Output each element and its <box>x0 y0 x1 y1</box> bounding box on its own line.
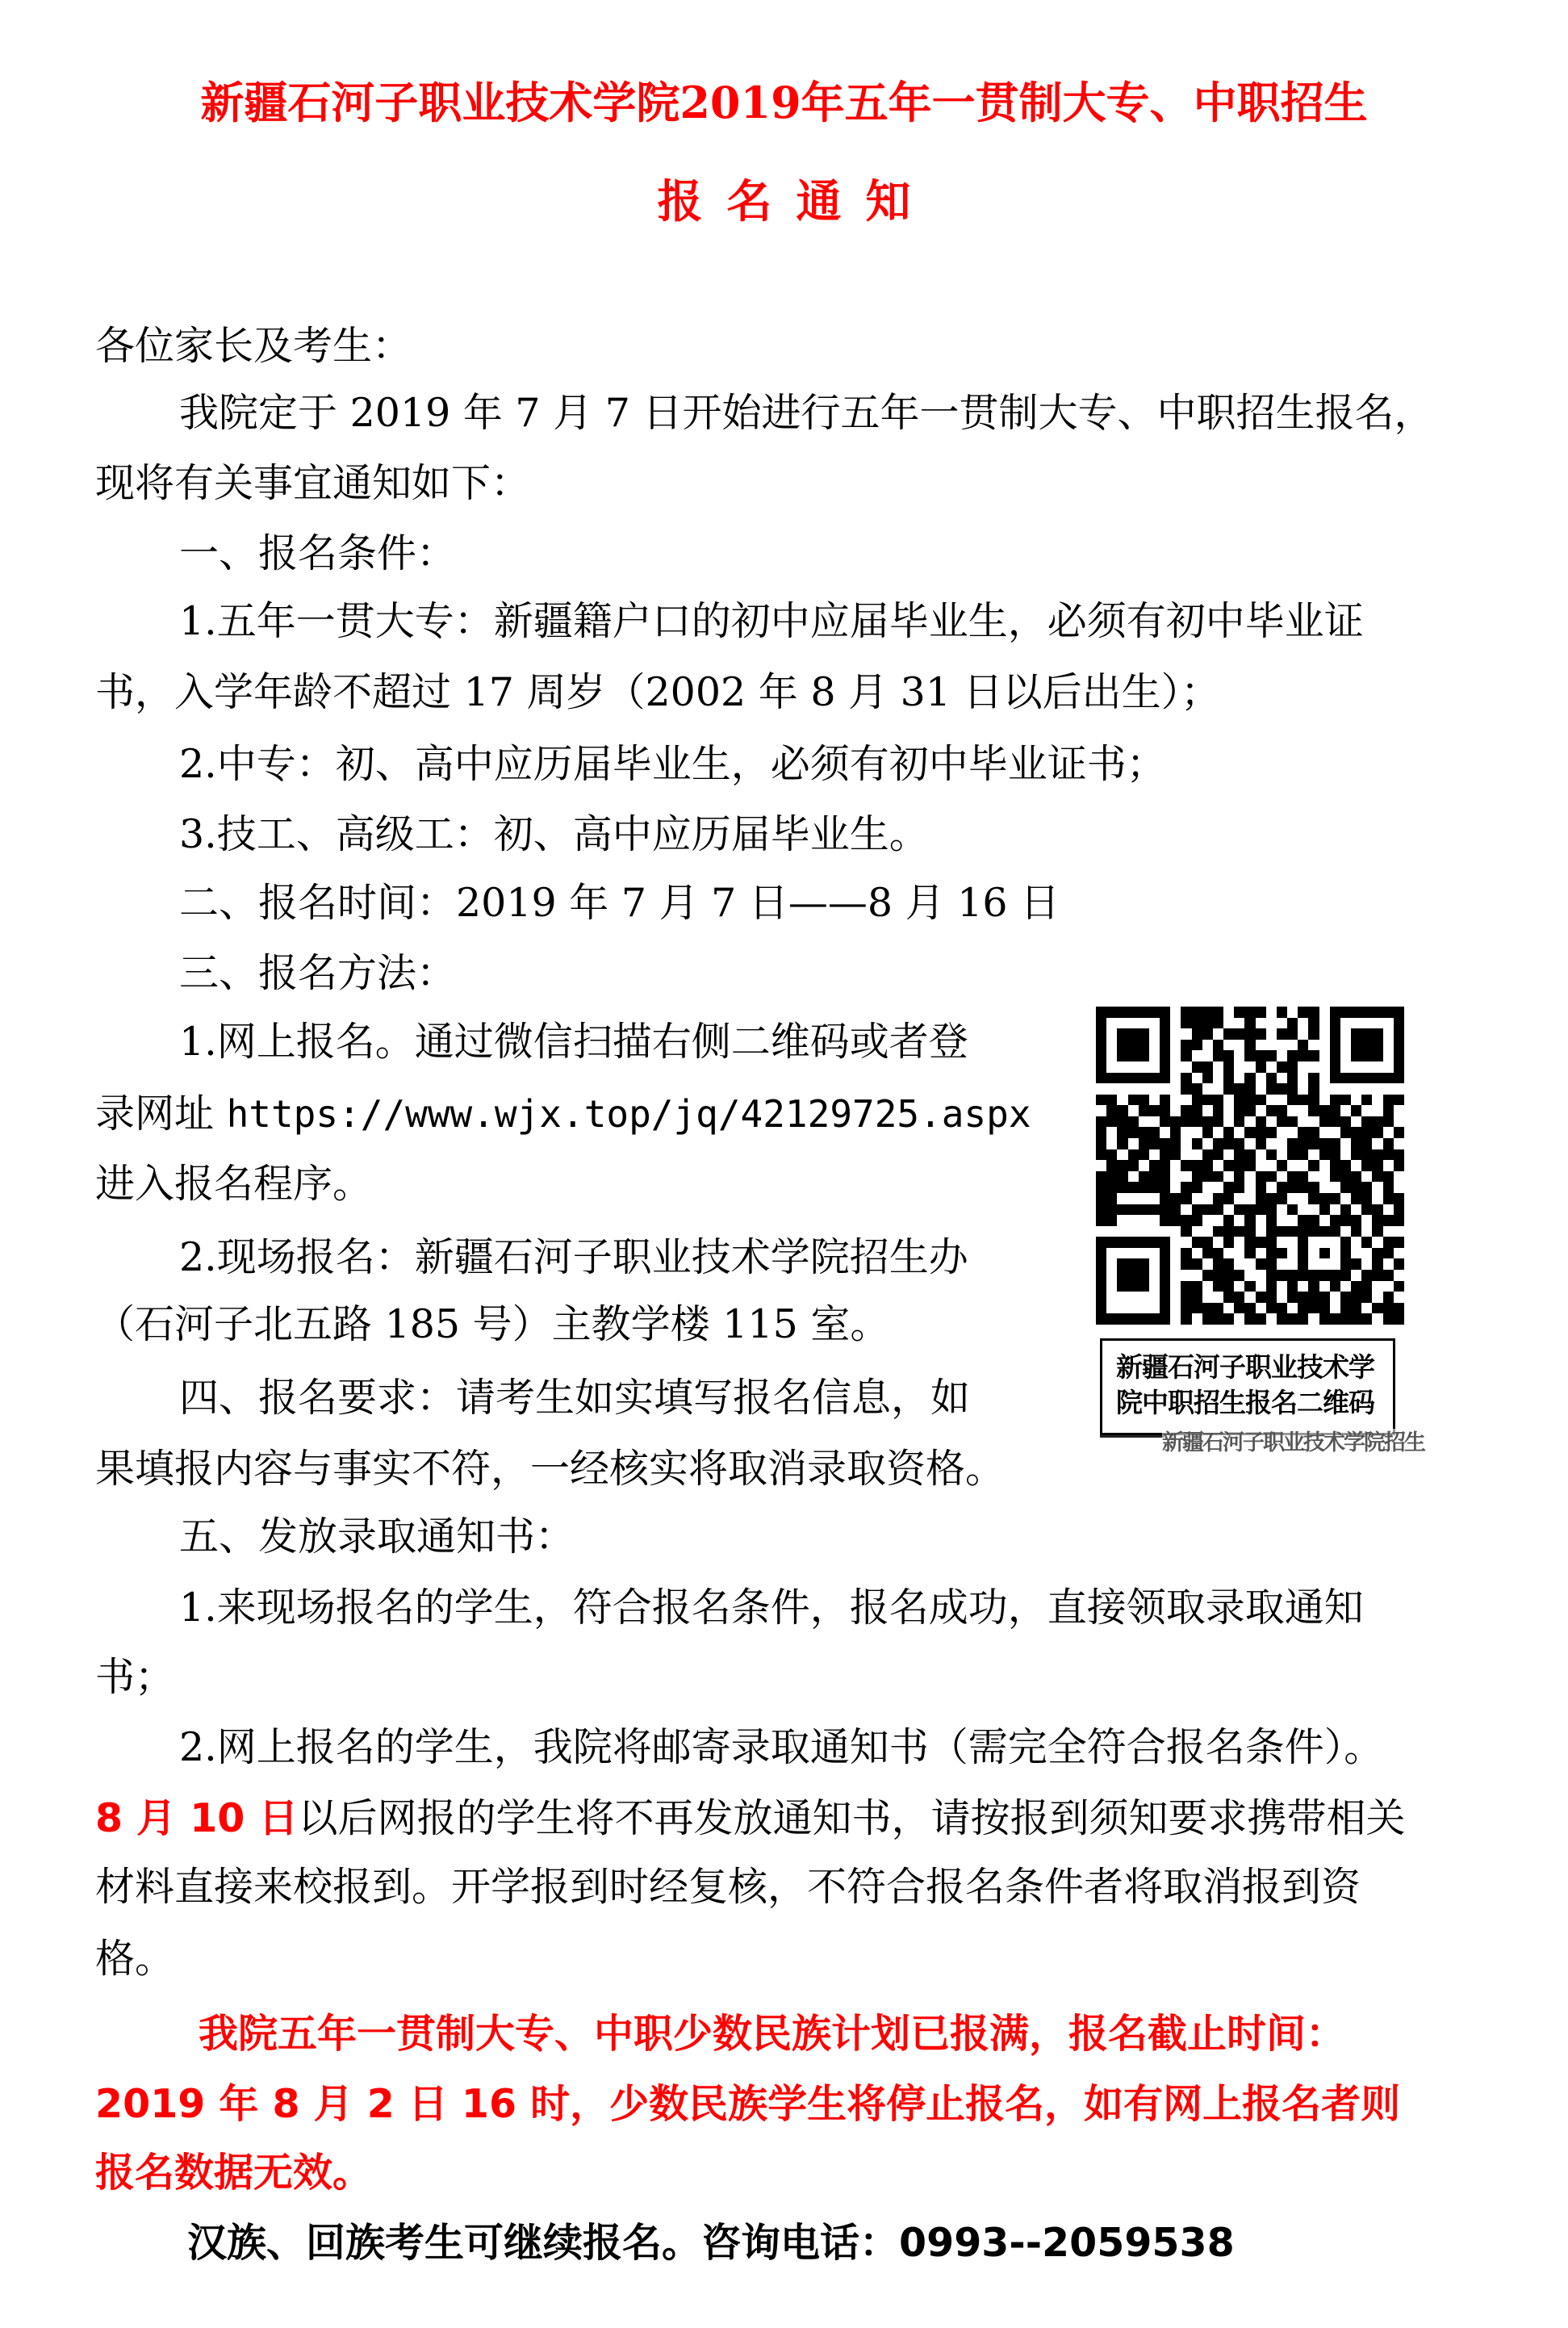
minority-notice-line-1: 我院五年一贯制大专、中职少数民族计划已报满，报名截止时间： <box>199 2010 1345 2058</box>
section-3-item-2-line-1: 2.现场报名：新疆石河子职业技术学院招生办 <box>179 1233 968 1282</box>
section-1-item-1-line-2: 书，入学年龄不超过 17 周岁（2002 年 8 月 31 日以后出生）； <box>95 668 1220 717</box>
document-title: 新疆石河子职业技术学院2019年五年一贯制大专、中职招生 <box>0 74 1568 131</box>
qr-code-icon <box>1096 1007 1404 1325</box>
section-1-item-1-line-1: 1.五年一贯大专：新疆籍户口的初中应届毕业生，必须有初中毕业证 <box>179 597 1364 646</box>
section-3-heading: 三、报名方法： <box>179 949 456 998</box>
notice-page: 新疆石河子职业技术学院2019年五年一贯制大专、中职招生 报名通知 各位家长及考… <box>0 0 1568 2328</box>
deadline-highlight: 8 月 10 日 <box>95 1795 298 1841</box>
qr-caption-line-1: 新疆石河子职业技术学 <box>1116 1350 1374 1384</box>
intro-line-2: 现将有关事宜通知如下： <box>95 459 530 508</box>
section-5-item-2-line-3: 材料直接来校报到。开学报到时经复核，不符合报名条件者将取消报到资 <box>95 1863 1361 1911</box>
line-rest: 以后网报的学生将不再发放通知书，请按报到须知要求携带相关 <box>298 1795 1405 1841</box>
section-4-line-2: 果填报内容与事实不符，一经核实将取消录取资格。 <box>95 1445 1005 1493</box>
qr-watermark: 新疆石河子职业技术学院招生 <box>1162 1429 1424 1458</box>
qr-caption-line-2: 院中职招生报名二维码 <box>1116 1386 1374 1420</box>
section-3-item-1-line-3: 进入报名程序。 <box>95 1160 372 1208</box>
contact-line: 汉族、回族考生可继续报名。咨询电话：0993--2059538 <box>187 2219 1235 2267</box>
section-5-item-2-line-1: 2.网上报名的学生，我院将邮寄录取通知书（需完全符合报名条件）。 <box>179 1723 1383 1772</box>
minority-notice-line-3: 报名数据无效。 <box>95 2149 372 2197</box>
section-1-item-3: 3.技工、高级工：初、高中应历届毕业生。 <box>179 810 929 859</box>
section-5-item-2-line-4: 格。 <box>95 1935 174 1983</box>
section-5-heading: 五、发放录取通知书： <box>179 1513 575 1561</box>
section-5-item-1-line-2: 书； <box>95 1653 174 1702</box>
watermark-divider <box>1100 1435 1165 1438</box>
section-1-item-2: 2.中专：初、高中应历届毕业生，必须有初中毕业证书； <box>179 740 1166 789</box>
section-3-item-1-line-1: 1.网上报名。通过微信扫描右侧二维码或者登 <box>179 1018 968 1066</box>
section-2-heading: 二、报名时间：2019 年 7 月 7 日——8 月 16 日 <box>179 879 1060 927</box>
section-4-line-1: 四、报名要求：请考生如实填写报名信息，如 <box>179 1374 970 1422</box>
greeting: 各位家长及考生： <box>95 322 412 371</box>
registration-url-link[interactable]: https://www.wjx.top/jq/42129725.aspx <box>227 1092 1031 1136</box>
section-5-item-1-line-1: 1.来现场报名的学生，符合报名条件，报名成功，直接领取录取通知 <box>179 1584 1364 1632</box>
minority-notice-line-2: 2019 年 8 月 2 日 16 时，少数民族学生将停止报名，如有网上报名者则 <box>95 2080 1400 2129</box>
document-subtitle: 报名通知 <box>0 173 1568 231</box>
section-3-item-1-line-2: 录网址 https://www.wjx.top/jq/42129725.aspx <box>95 1090 1031 1138</box>
intro-line-1: 我院定于 2019 年 7 月 7 日开始进行五年一贯制大专、中职招生报名， <box>179 389 1434 438</box>
section-3-item-2-line-2: （石河子北五路 185 号）主教学楼 115 室。 <box>95 1300 889 1349</box>
section-5-item-2-line-2: 8 月 10 日以后网报的学生将不再发放通知书，请按报到须知要求携带相关 <box>95 1794 1405 1843</box>
url-prefix: 录网址 <box>95 1091 227 1137</box>
section-1-heading: 一、报名条件： <box>179 530 456 578</box>
